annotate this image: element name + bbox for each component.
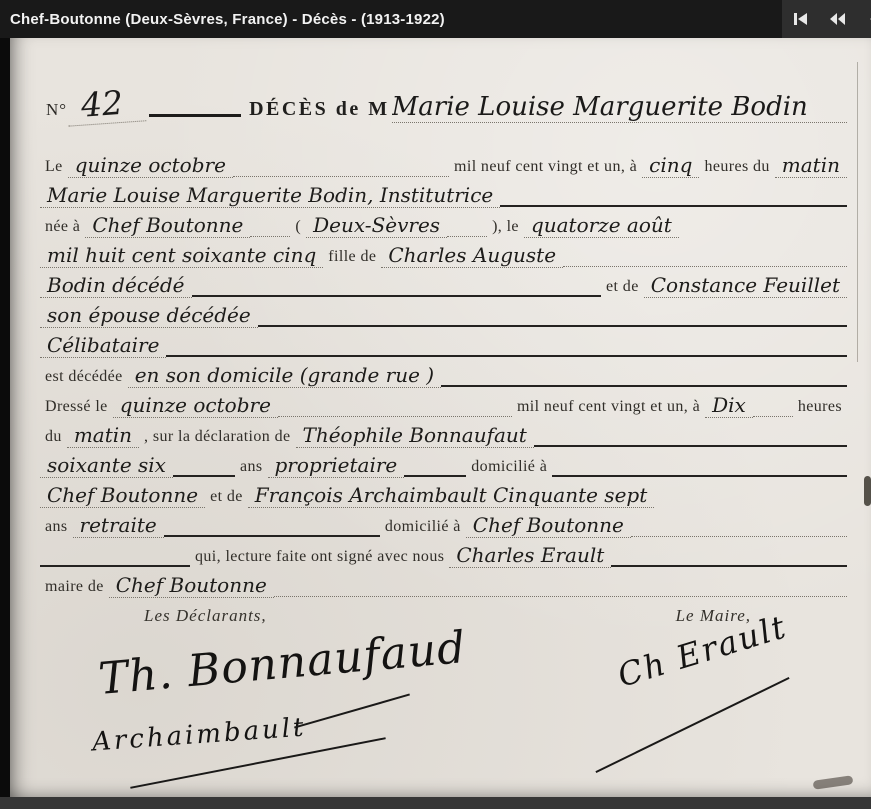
record-line-1: Lequinze octobremil neuf cent vingt et u… [40, 148, 847, 178]
blank-rule [278, 416, 512, 417]
handwritten-text: mil huit cent soixante cinq [40, 245, 323, 268]
ink-blot [864, 476, 871, 506]
record-line-5: Bodin décédéet deConstance Feuillet [40, 268, 847, 298]
blank-rule [192, 295, 602, 297]
handwritten-text: Chef Boutonne [40, 485, 205, 508]
handwritten-text: matin [775, 155, 847, 178]
handwritten-text: Dix [705, 395, 753, 418]
signature-area: Th. Bonnaufaud Archaimbault Ch Erault [40, 628, 847, 797]
printed-text: du [40, 428, 67, 448]
printed-text: Le [40, 158, 68, 178]
printed-text: domicilié à [466, 458, 552, 478]
handwritten-text: Chef Boutonne [466, 515, 631, 538]
record-line-7: Célibataire [40, 328, 847, 358]
signature-flourish [294, 694, 410, 729]
record-line-10: dumatin, sur la déclaration deThéophile … [40, 418, 847, 448]
blank-rule [631, 536, 847, 537]
handwritten-text: Théophile Bonnaufaut [296, 425, 534, 448]
handwritten-text: Chef Boutonne [85, 215, 250, 238]
blank-rule [404, 475, 466, 477]
handwritten-text: Marie Louise Marguerite Bodin, Institutr… [40, 185, 500, 208]
handwritten-text: son épouse décédée [40, 305, 258, 328]
body-lines: Lequinze octobremil neuf cent vingt et u… [40, 148, 847, 598]
handwritten-text: François Archaimbault Cinquante sept [248, 485, 655, 508]
record-number-label: N° [46, 100, 67, 120]
blank-rule [166, 355, 847, 357]
handwritten-text: proprietaire [268, 455, 405, 478]
handwritten-text: quinze octobre [113, 395, 278, 418]
printed-text: est décédée [40, 368, 128, 388]
blank-rule [611, 565, 847, 567]
handwritten-text: Célibataire [40, 335, 166, 358]
record-heading: N° 42 DÉCÈS de M Marie Louise Marguerite… [46, 84, 847, 124]
printed-text: et de [601, 278, 644, 298]
printed-text: , sur la déclaration de [139, 428, 295, 448]
skip-start-button[interactable] [782, 0, 819, 38]
handwritten-text: Chef Boutonne [109, 575, 274, 598]
handwritten-text: en son domicile (grande rue ) [128, 365, 441, 388]
handwritten-text: Charles Erault [449, 545, 611, 568]
blank-rule [447, 236, 487, 237]
printed-text: heures du [699, 158, 774, 178]
deceased-name: Marie Louise Marguerite Bodin [392, 92, 847, 123]
declarants-label: Les Déclarants, [144, 606, 267, 626]
scan-left-edge [0, 38, 10, 809]
page-crease [857, 62, 858, 362]
record-line-11: soixante sixansproprietairedomicilié à [40, 448, 847, 478]
blank-rule [164, 535, 380, 537]
skip-start-icon [794, 13, 808, 25]
blank-rule [441, 385, 847, 387]
previous-button[interactable] [856, 0, 871, 38]
record-line-9: Dressé lequinze octobremil neuf cent vin… [40, 388, 847, 418]
record-line-15: maire deChef Boutonne [40, 568, 847, 598]
blank-rule [258, 325, 847, 327]
blank-rule [500, 205, 847, 207]
scan-bottom-edge [0, 797, 871, 809]
deces-heading: DÉCÈS de M [249, 98, 390, 121]
declarant-1-signature: Th. Bonnaufaud [96, 622, 468, 705]
printed-text: maire de [40, 578, 109, 598]
handwritten-text: quatorze août [524, 215, 679, 238]
handwritten-text: Deux-Sèvres [306, 215, 447, 238]
handwritten-text: matin [67, 425, 139, 448]
blank-rule [563, 266, 847, 267]
record-line-14: qui, lecture faite ont signé avec nousCh… [40, 538, 847, 568]
blank-rule [552, 475, 847, 477]
blank-rule [40, 565, 190, 567]
blank-rule [149, 114, 241, 117]
printed-text: ans [235, 458, 268, 478]
record-line-4: mil huit cent soixante cinqfille deCharl… [40, 238, 847, 268]
blank-rule [753, 416, 793, 417]
record-line-6: son épouse décédée [40, 298, 847, 328]
declarant-2-signature: Archaimbault [91, 713, 307, 758]
record-line-8: est décédéeen son domicile (grande rue ) [40, 358, 847, 388]
printed-text: domicilié à [380, 518, 466, 538]
printed-text: mil neuf cent vingt et un, à [512, 398, 705, 418]
handwritten-text: retraite [73, 515, 164, 538]
handwritten-text: soixante six [40, 455, 173, 478]
death-record-page: N° 42 DÉCÈS de M Marie Louise Marguerite… [10, 38, 871, 797]
printed-text: née à [40, 218, 85, 238]
record-line-13: ansretraitedomicilié àChef Boutonne [40, 508, 847, 538]
window-title: Chef-Boutonne (Deux-Sèvres, France) - Dé… [0, 11, 445, 28]
handwritten-text: quinze octobre [68, 155, 233, 178]
printed-text: fille de [323, 248, 381, 268]
navigation-panel [782, 0, 871, 38]
printed-text: Dressé le [40, 398, 113, 418]
blank-rule [534, 445, 847, 447]
handwritten-text: cinq [642, 155, 699, 178]
title-bar: Chef-Boutonne (Deux-Sèvres, France) - Dé… [0, 0, 871, 38]
handwritten-text: Bodin décédé [40, 275, 192, 298]
blank-rule [233, 176, 449, 177]
record-line-12: Chef Boutonneet deFrançois Archaimbault … [40, 478, 847, 508]
printed-text: et de [205, 488, 248, 508]
printed-text: ), le [487, 218, 524, 238]
record-line-2: Marie Louise Marguerite Bodin, Institutr… [40, 178, 847, 208]
blank-rule [173, 475, 235, 477]
printed-text: ( [290, 218, 306, 238]
printed-text: qui, lecture faite ont signé avec nous [190, 548, 449, 568]
rewind-icon [830, 13, 845, 25]
printed-text: heures [793, 398, 847, 418]
handwritten-text: Constance Feuillet [644, 275, 847, 298]
record-number: 42 [66, 81, 147, 126]
handwritten-text: Charles Auguste [381, 245, 563, 268]
rewind-button[interactable] [819, 0, 856, 38]
record-line-3: née àChef Boutonne(Deux-Sèvres), lequato… [40, 208, 847, 238]
blank-rule [250, 236, 290, 237]
printed-text: ans [40, 518, 73, 538]
blank-rule [274, 596, 847, 597]
printed-text: mil neuf cent vingt et un, à [449, 158, 642, 178]
